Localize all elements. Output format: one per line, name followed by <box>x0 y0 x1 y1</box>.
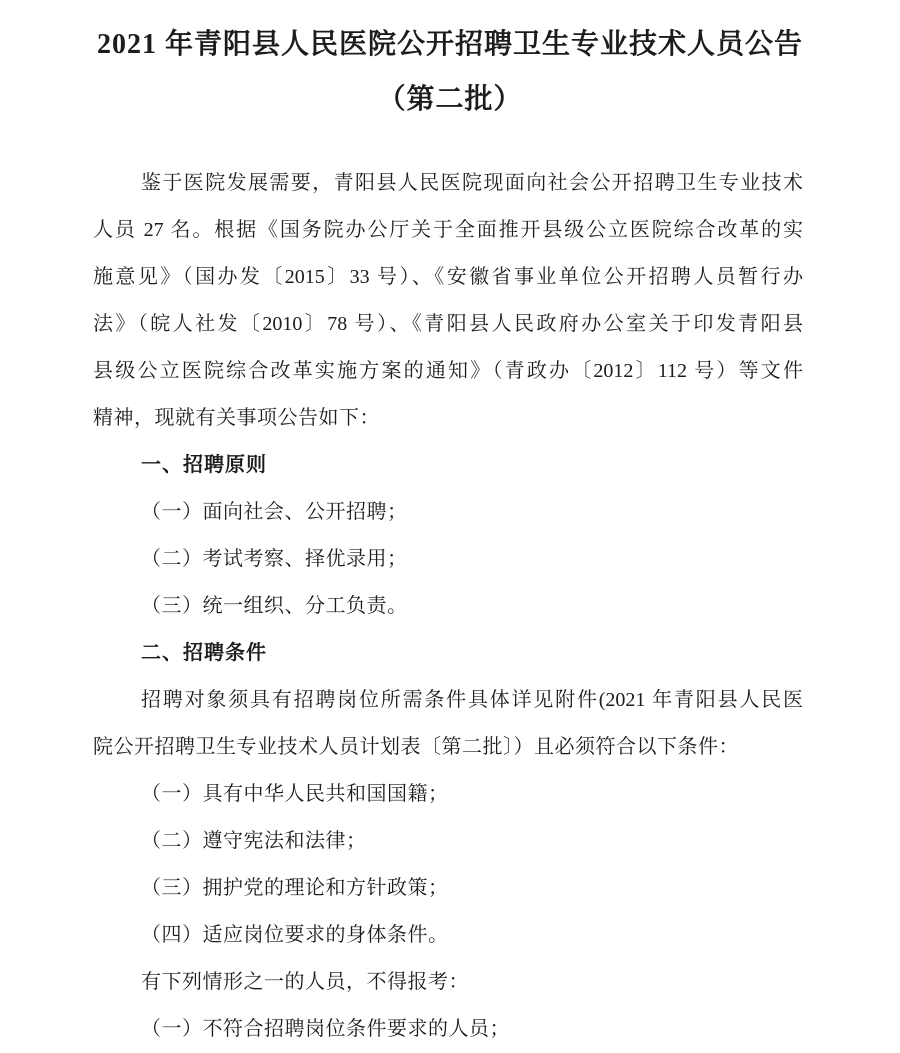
section-1-heading: 一、招聘原则 <box>93 442 803 489</box>
principle-item-3: （三）统一组织、分工负责。 <box>93 583 803 630</box>
section-2-heading: 二、招聘条件 <box>93 630 803 677</box>
basis-paragraph-line-2: 人员 27 名。根据《国务院办公厅关于全面推开县级公立医院综合改革的实 <box>93 207 803 254</box>
condition-item-4: （四）适应岗位要求的身体条件。 <box>93 912 803 959</box>
principle-item-1: （一）面向社会、公开招聘； <box>93 489 803 536</box>
document-title: 2021 年青阳县人民医院公开招聘卫生专业技术人员公告 （第二批） <box>0 17 900 127</box>
principle-item-2: （二）考试考察、择优录用； <box>93 536 803 583</box>
basis-paragraph-line-6: 精神，现就有关事项公告如下： <box>93 395 803 442</box>
condition-item-2: （二）遵守宪法和法律； <box>93 818 803 865</box>
condition-item-1: （一）具有中华人民共和国国籍； <box>93 771 803 818</box>
title-line-2: （第二批） <box>0 72 900 127</box>
condition-item-3: （三）拥护党的理论和方针政策； <box>93 865 803 912</box>
document-body: 鉴于医院发展需要，青阳县人民医院现面向社会公开招聘卫生专业技术 人员 27 名。… <box>93 160 803 1053</box>
basis-paragraph-line-4: 法》（皖人社发〔2010〕78 号）、《青阳县人民政府办公室关于印发青阳县 <box>93 301 803 348</box>
disqualification-item-1: （一）不符合招聘岗位条件要求的人员； <box>93 1006 803 1053</box>
conditions-intro-line-1: 招聘对象须具有招聘岗位所需条件具体详见附件(2021 年青阳县人民医 <box>93 677 803 724</box>
basis-paragraph-line-5: 县级公立医院综合改革实施方案的通知》（青政办〔2012〕112 号）等文件 <box>93 348 803 395</box>
title-line-1: 2021 年青阳县人民医院公开招聘卫生专业技术人员公告 <box>0 17 900 72</box>
basis-paragraph-line-3: 施意见》（国办发〔2015〕33 号）、《安徽省事业单位公开招聘人员暂行办 <box>93 254 803 301</box>
basis-paragraph-line-1: 鉴于医院发展需要，青阳县人民医院现面向社会公开招聘卫生专业技术 <box>93 160 803 207</box>
disqualification-intro: 有下列情形之一的人员，不得报考： <box>93 959 803 1006</box>
document-page: 2021 年青阳县人民医院公开招聘卫生专业技术人员公告 （第二批） 鉴于医院发展… <box>0 0 900 1053</box>
conditions-intro-line-2: 院公开招聘卫生专业技术人员计划表〔第二批〕）且必须符合以下条件： <box>93 724 803 771</box>
